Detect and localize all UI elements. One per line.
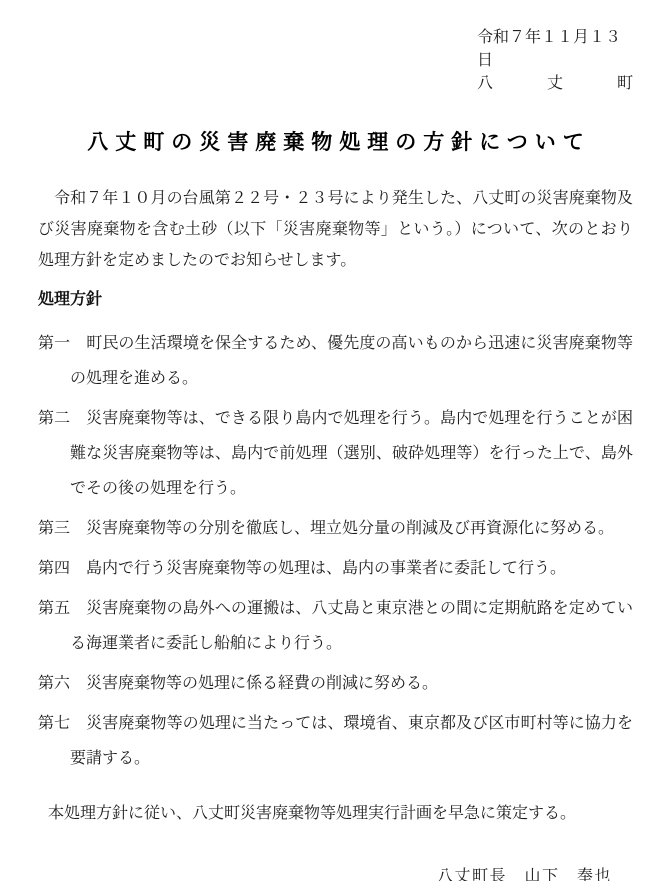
policy-list: 第一町民の生活環境を保全するため、優先度の高いものから迅速に災害廃棄物等の処理を… xyxy=(38,326,633,776)
sender-char: 八 xyxy=(477,72,493,95)
policy-item-7: 第七災害廃棄物等の処理に当たっては、環境省、東京都及び区市町村等に協力を要請する… xyxy=(38,706,633,776)
policy-text: 災害廃棄物等の処理に係る経費の削減に努める。 xyxy=(86,675,438,692)
policy-item-3: 第三災害廃棄物等の分別を徹底し、埋立処分量の削減及び再資源化に努める。 xyxy=(38,511,633,546)
policy-text: 町民の生活環境を保全するため、優先度の高いものから迅速に災害廃棄物等の処理を進め… xyxy=(70,335,633,387)
policy-label: 第二 xyxy=(38,410,70,427)
policy-text: 災害廃棄物等の処理に当たっては、環境省、東京都及び区市町村等に協力を要請する。 xyxy=(70,715,633,767)
policy-text: 島内で行う災害廃棄物等の処理は、島内の事業者に委託して行う。 xyxy=(86,560,566,577)
policy-item-2: 第二災害廃棄物等は、できる限り島内で処理を行う。島内で処理を行うことが困難な災害… xyxy=(38,401,633,506)
policy-text: 災害廃棄物等は、できる限り島内で処理を行う。島内で処理を行うことが困難な災害廃棄… xyxy=(70,410,633,497)
document-page: 令和７年１１月１３日 八 丈 町 八丈町の災害廃棄物処理の方針について 令和７年… xyxy=(0,0,667,881)
document-sender: 八 丈 町 xyxy=(477,72,633,95)
policy-label: 第六 xyxy=(38,675,70,692)
policy-label: 第四 xyxy=(38,560,70,577)
sender-char: 町 xyxy=(617,72,633,95)
policy-item-1: 第一町民の生活環境を保全するため、優先度の高いものから迅速に災害廃棄物等の処理を… xyxy=(38,326,633,396)
policy-label: 第一 xyxy=(38,335,70,352)
policy-label: 第三 xyxy=(38,520,70,537)
sender-char: 丈 xyxy=(547,72,563,95)
closing-paragraph: 本処理方針に従い、八丈町災害廃棄物等処理実行計画を早急に策定する。 xyxy=(38,798,633,829)
policy-item-6: 第六災害廃棄物等の処理に係る経費の削減に努める。 xyxy=(38,666,633,701)
document-header: 令和７年１１月１３日 八 丈 町 xyxy=(477,26,633,95)
policy-label: 第五 xyxy=(38,600,70,617)
policy-text: 災害廃棄物の島外への運搬は、八丈島と東京港との間に定期航路を定めている海運業者に… xyxy=(70,600,633,652)
document-title: 八丈町の災害廃棄物処理の方針について xyxy=(38,127,633,157)
signature-line: 八丈町長 山下 奉也 xyxy=(38,865,633,881)
policy-item-4: 第四島内で行う災害廃棄物等の処理は、島内の事業者に委託して行う。 xyxy=(38,551,633,586)
section-heading: 処理方針 xyxy=(38,288,633,312)
document-date: 令和７年１１月１３日 xyxy=(477,26,633,72)
policy-label: 第七 xyxy=(38,715,70,732)
policy-text: 災害廃棄物等の分別を徹底し、埋立処分量の削減及び再資源化に努める。 xyxy=(86,520,614,537)
policy-item-5: 第五災害廃棄物の島外への運搬は、八丈島と東京港との間に定期航路を定めている海運業… xyxy=(38,591,633,661)
intro-paragraph: 令和７年１０月の台風第２２号・２３号により発生した、八丈町の災害廃棄物及び災害廃… xyxy=(38,183,633,276)
